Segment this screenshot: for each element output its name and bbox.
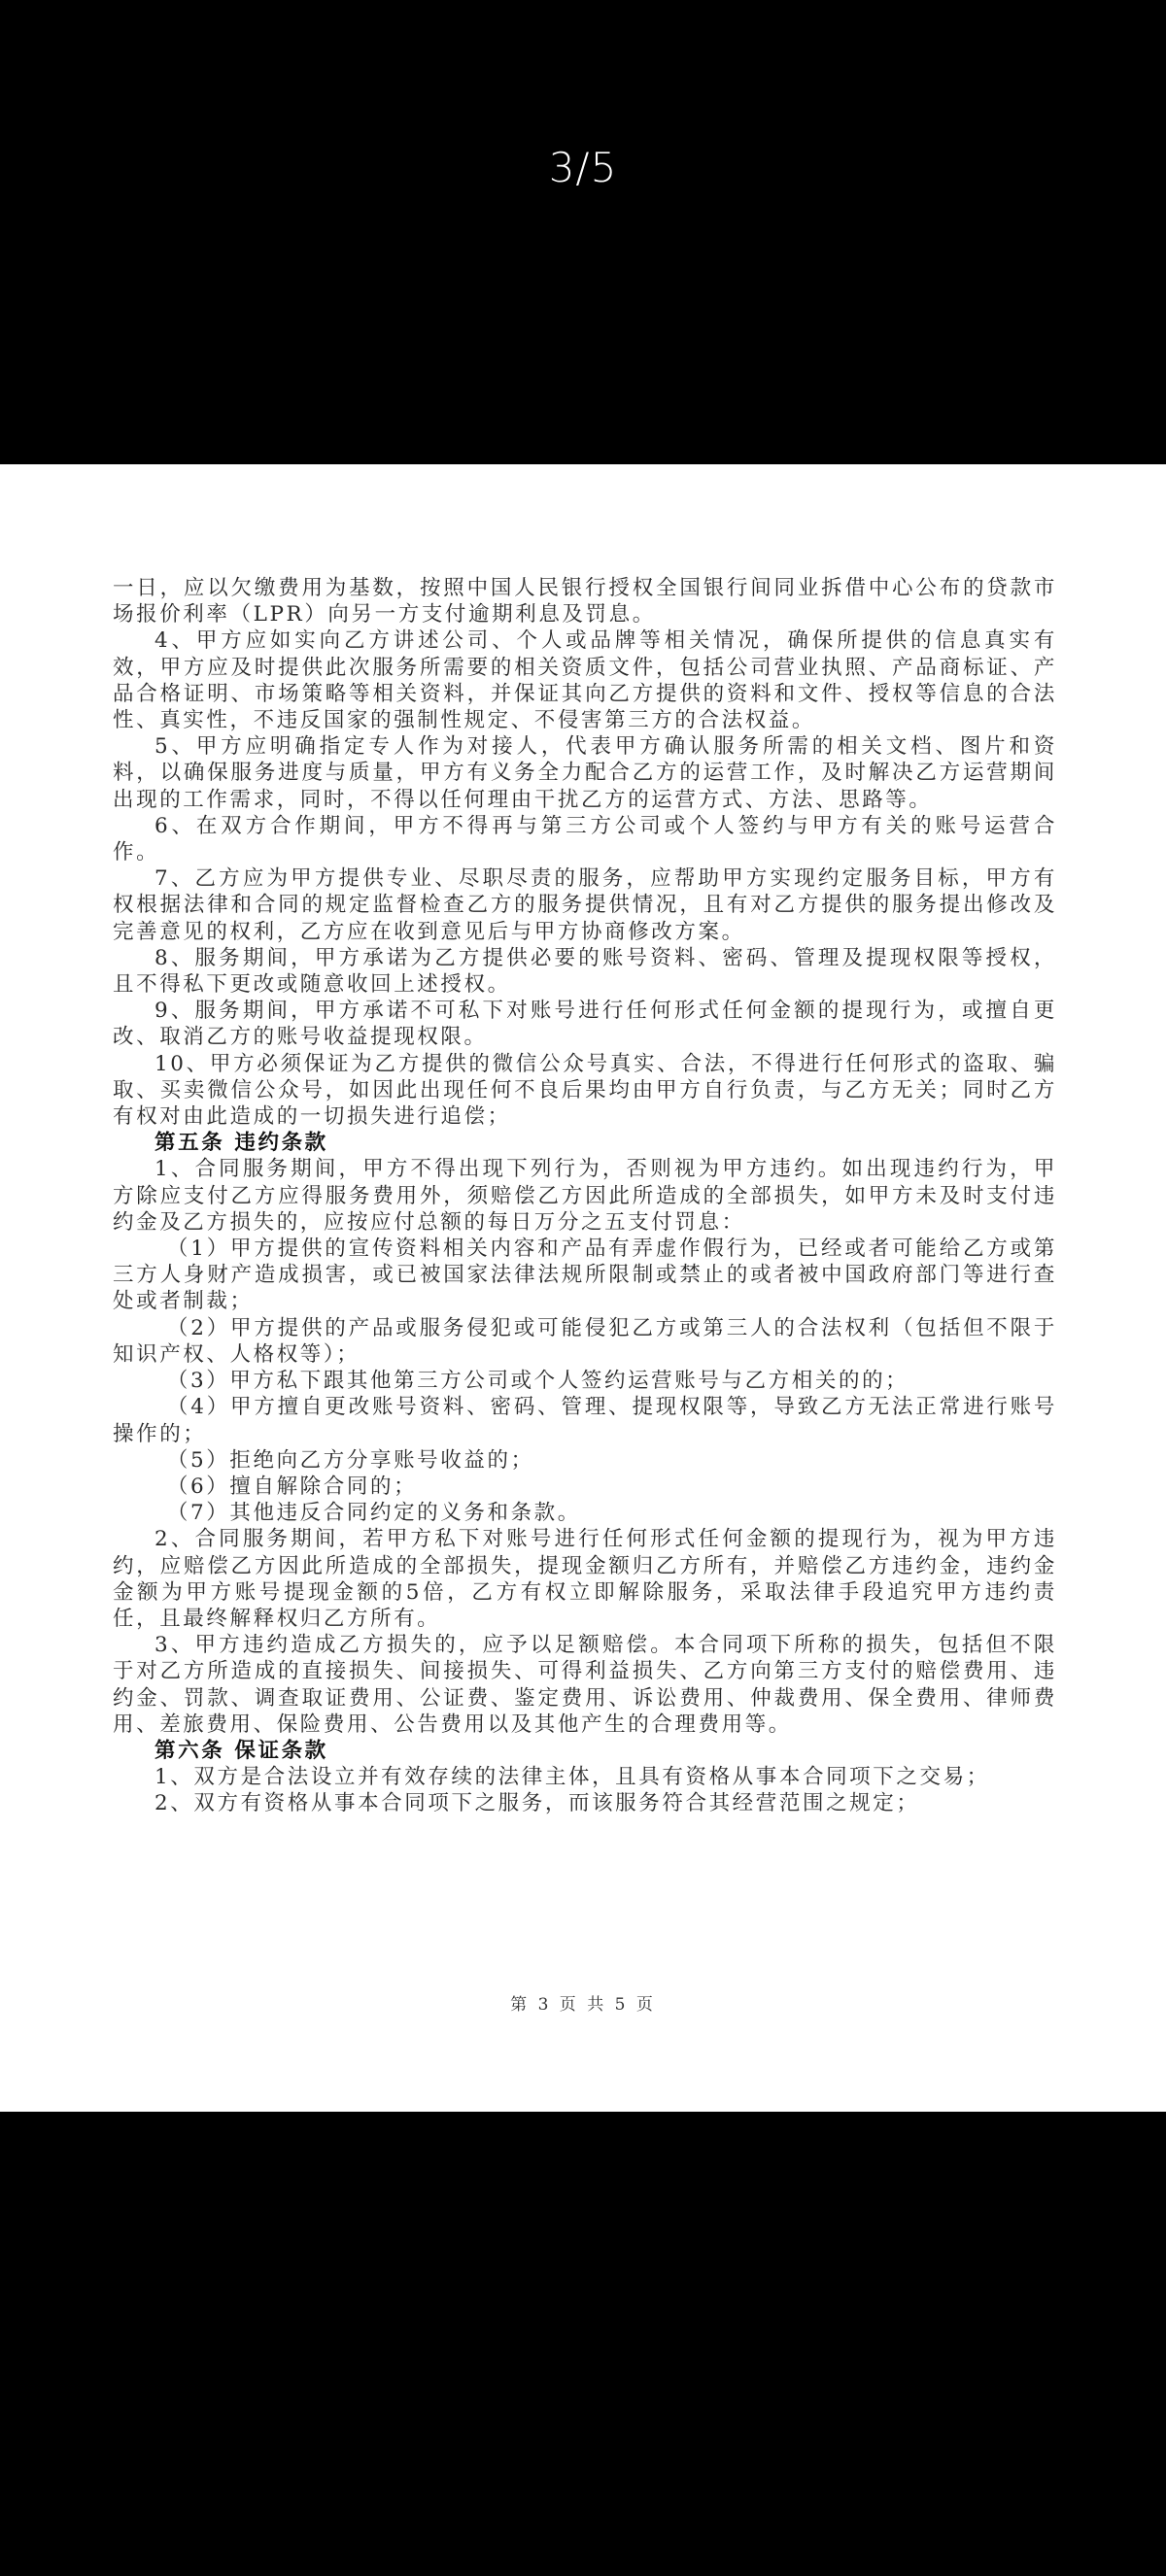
- clause-item: 10、甲方必须保证为乙方提供的微信公众号真实、合法，不得进行任何形式的盗取、骗取…: [113, 1051, 1057, 1131]
- paragraph-continuation: 一日，应以欠缴费用为基数，按照中国人民银行授权全国银行间同业拆借中心公布的贷款市…: [113, 575, 1057, 627]
- clause-item: 1、双方是合法设立并有效存续的法律主体，且具有资格从事本合同项下之交易；: [113, 1764, 1057, 1790]
- clause-item: 7、乙方应为甲方提供专业、尽职尽责的服务，应帮助甲方实现约定服务目标，甲方有权根…: [113, 865, 1057, 945]
- viewer-bottom-bar: [0, 2112, 1166, 2576]
- document-page[interactable]: 一日，应以欠缴费用为基数，按照中国人民银行授权全国银行间同业拆借中心公布的贷款市…: [0, 464, 1166, 2112]
- page-footer: 第 3 页 共 5 页: [0, 1990, 1166, 2015]
- sub-clause-item: （6）擅自解除合同的；: [113, 1474, 1057, 1500]
- sub-clause-item: （4）甲方擅自更改账号资料、密码、管理、提现权限等，导致乙方无法正常进行账号操作…: [113, 1394, 1057, 1446]
- clause-item: 3、甲方违约造成乙方损失的，应予以足额赔偿。本合同项下所称的损失，包括但不限于对…: [113, 1632, 1057, 1738]
- clause-item: 1、合同服务期间，甲方不得出现下列行为，否则视为甲方违约。如出现违约行为，甲方除…: [113, 1156, 1057, 1236]
- page-counter: 3/5: [0, 144, 1166, 191]
- sub-clause-item: （3）甲方私下跟其他第三方公司或个人签约运营账号与乙方相关的的；: [113, 1368, 1057, 1394]
- clause-item: 9、服务期间，甲方承诺不可私下对账号进行任何形式任何金额的提现行为，或擅自更改、…: [113, 998, 1057, 1050]
- viewer-top-bar: 3/5: [0, 0, 1166, 464]
- section-heading-article-5: 第五条 违约条款: [113, 1130, 1057, 1156]
- document-body: 一日，应以欠缴费用为基数，按照中国人民银行授权全国银行间同业拆借中心公布的贷款市…: [113, 575, 1057, 1817]
- clause-item: 2、合同服务期间，若甲方私下对账号进行任何形式任何金额的提现行为，视为甲方违约，…: [113, 1526, 1057, 1632]
- sub-clause-item: （1）甲方提供的宣传资料相关内容和产品有弄虚作假行为，已经或者可能给乙方或第三方…: [113, 1236, 1057, 1315]
- sub-clause-item: （2）甲方提供的产品或服务侵犯或可能侵犯乙方或第三人的合法权利（包括但不限于知识…: [113, 1315, 1057, 1368]
- clause-item: 6、在双方合作期间，甲方不得再与第三方公司或个人签约与甲方有关的账号运营合作。: [113, 813, 1057, 865]
- clause-item: 5、甲方应明确指定专人作为对接人，代表甲方确认服务所需的相关文档、图片和资料，以…: [113, 733, 1057, 813]
- clause-item: 8、服务期间，甲方承诺为乙方提供必要的账号资料、密码、管理及提现权限等授权，且不…: [113, 945, 1057, 998]
- clause-item: 4、甲方应如实向乙方讲述公司、个人或品牌等相关情况，确保所提供的信息真实有效，甲…: [113, 627, 1057, 733]
- sub-clause-item: （7）其他违反合同约定的义务和条款。: [113, 1500, 1057, 1526]
- sub-clause-item: （5）拒绝向乙方分享账号收益的；: [113, 1447, 1057, 1474]
- section-heading-article-6: 第六条 保证条款: [113, 1738, 1057, 1764]
- clause-item: 2、双方有资格从事本合同项下之服务，而该服务符合其经营范围之规定；: [113, 1790, 1057, 1816]
